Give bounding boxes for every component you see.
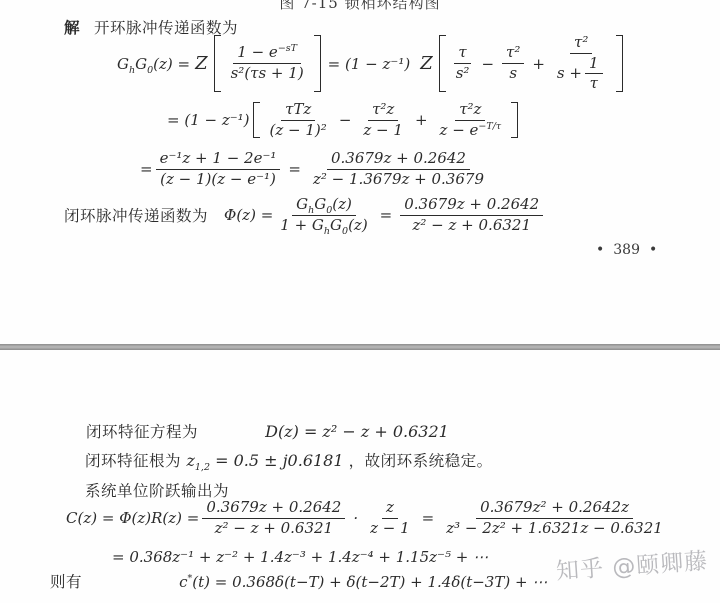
bullet-right: • [649, 242, 657, 258]
cz-lhs: C(z) = Φ(z)R(z) = [66, 509, 199, 527]
bullet-left: • [596, 242, 604, 258]
right-bracket [616, 35, 623, 92]
denominator: z³ − 2z² + 1.6321z − 0.6321 [442, 519, 667, 538]
right-bracket [511, 102, 518, 138]
left-bracket [214, 35, 221, 92]
fraction: z z − 1 [366, 499, 414, 537]
roots-formula: z1,2 = 0.5 ± j0.6181 [186, 451, 343, 470]
denominator: z − 1 [366, 519, 414, 538]
denominator: z² − z + 0.6321 [408, 216, 535, 235]
equation-open-loop-line2: = (1 − z⁻¹) τTz (z − 1)² − τ²z z − 1 + τ… [167, 101, 520, 139]
denominator: s² [452, 64, 474, 83]
equation-open-loop-line1: GhG0(z) = Z 1 − e−sT s²(τs + 1) = (1 − z… [117, 34, 625, 93]
page-break-divider [0, 344, 720, 350]
fraction: GhG0(z) 1 + GhG0(z) [276, 196, 371, 234]
equation-open-loop-line3: = e⁻¹z + 1 − 2e⁻¹ (z − 1)(z − e⁻¹) = 0.3… [140, 150, 491, 188]
left-bracket [253, 102, 260, 138]
denominator: z − 1 [359, 121, 407, 140]
numerator: 0.3679z + 0.2642 [327, 150, 470, 170]
numerator: 0.3679z² + 0.2642z [476, 499, 633, 519]
numerator: τTz [281, 101, 315, 121]
denominator: 1 + GhG0(z) [276, 216, 371, 235]
fraction: τ²z z − e−T/τ [436, 101, 506, 139]
denominator: τ [586, 74, 602, 93]
numerator: τ [454, 44, 470, 64]
numerator: τ²z [455, 101, 485, 121]
lead-expression: = (1 − z⁻¹) [167, 111, 250, 129]
numerator: τ²z [368, 101, 398, 121]
fraction: τ² s [502, 44, 524, 82]
closed-loop-label: 闭环脉冲传递函数为 [64, 204, 208, 226]
denominator: (z − 1)(z − e⁻¹) [156, 170, 280, 189]
fraction: 0.3679z² + 0.2642z z³ − 2z² + 1.6321z − … [442, 499, 667, 537]
characteristic-roots-line: 闭环特征根为 z1,2 = 0.5 ± j0.6181 ，故闭环系统稳定。 [85, 449, 493, 471]
denominator: z² − 1.3679z + 0.3679 [309, 170, 488, 189]
numerator: 0.3679z + 0.2642 [400, 196, 543, 216]
fraction: 1 − e−sT s²(τs + 1) [227, 44, 308, 82]
numerator: τ² [502, 44, 524, 64]
mid-expression: = (1 − z⁻¹) [328, 55, 411, 73]
z-transform-operator: Z [195, 53, 208, 74]
roots-conclusion: ，故闭环系统稳定。 [349, 452, 493, 470]
then-line: 则有 c*(t) = 0.368δ(t−T) + δ(t−2T) + 1.4δ(… [50, 570, 547, 592]
fraction: τ s² [452, 44, 474, 82]
denominator: z − e−T/τ [436, 121, 506, 140]
numerator: z [382, 499, 398, 519]
z-transform-operator: Z [420, 53, 433, 74]
numerator: 1 [585, 55, 603, 75]
zhihu-watermark: 知乎 @颐卿藤 [555, 542, 709, 586]
numerator: 1 − e−sT [233, 44, 301, 64]
char-eq-formula: D(z) = z² − z + 0.6321 [265, 422, 449, 441]
numerator: 0.3679z + 0.2642 [202, 499, 345, 519]
equals-sign: = [288, 160, 301, 178]
fraction: τ² s + 1 τ [553, 34, 610, 93]
fraction: τ²z z − 1 [359, 101, 407, 139]
lhs-GhG0: GhG0(z) = [117, 55, 190, 73]
equals-sign: = [380, 206, 393, 224]
figure-caption: 图 7-15 锁相环结构图 [0, 0, 720, 13]
numerator: GhG0(z) [292, 196, 356, 216]
minus-sign: − [481, 55, 494, 73]
fraction: 0.3679z + 0.2642 z² − z + 0.6321 [400, 196, 543, 234]
phi-lhs: Φ(z) = [224, 206, 273, 224]
denominator: s²(τs + 1) [227, 64, 308, 83]
page-number-value: 389 [613, 242, 640, 258]
roots-label: 闭环特征根为 [85, 452, 186, 470]
numerator: e⁻¹z + 1 − 2e⁻¹ [156, 150, 281, 170]
fraction: e⁻¹z + 1 − 2e⁻¹ (z − 1)(z − e⁻¹) [156, 150, 281, 188]
impulse-output-formula: c*(t) = 0.368δ(t−T) + δ(t−2T) + 1.4δ(t−3… [179, 573, 547, 591]
fraction: 0.3679z + 0.2642 z² − z + 0.6321 [202, 499, 345, 537]
page-number: • 389 • [596, 242, 657, 258]
equation-step-output: C(z) = Φ(z)R(z) = 0.3679z + 0.2642 z² − … [66, 499, 670, 537]
fraction: 0.3679z + 0.2642 z² − 1.3679z + 0.3679 [309, 150, 488, 188]
equals-sign: = [140, 160, 153, 178]
plus-sign: + [415, 111, 428, 129]
characteristic-equation-line: 闭环特征方程为 D(z) = z² − z + 0.6321 [86, 420, 449, 442]
closed-loop-line: 闭环脉冲传递函数为 Φ(z) = GhG0(z) 1 + GhG0(z) = 0… [64, 196, 546, 234]
left-bracket [439, 35, 446, 92]
series-expansion-line: = 0.368z⁻¹ + z⁻² + 1.4z⁻³ + 1.4z⁻⁴ + 1.1… [112, 548, 488, 566]
denominator: s [505, 64, 521, 83]
scanned-textbook-page: 图 7-15 锁相环结构图 解 开环脉冲传递函数为 GhG0(z) = Z 1 … [0, 0, 720, 603]
right-bracket [314, 35, 321, 92]
numerator: τ² [570, 34, 592, 54]
solve-label: 解 [64, 16, 80, 38]
denominator: s + 1 τ [553, 54, 610, 93]
minus-sign: − [339, 111, 352, 129]
fraction: τTz (z − 1)² [266, 101, 331, 139]
nested-fraction: 1 τ [585, 55, 603, 93]
then-label: 则有 [50, 573, 82, 591]
equals-sign: = [422, 509, 435, 527]
multiplication-dot: · [353, 509, 358, 527]
char-eq-label: 闭环特征方程为 [86, 423, 198, 441]
plus-sign: + [532, 55, 545, 73]
denominator: z² − z + 0.6321 [211, 519, 338, 538]
denominator: (z − 1)² [266, 121, 331, 140]
